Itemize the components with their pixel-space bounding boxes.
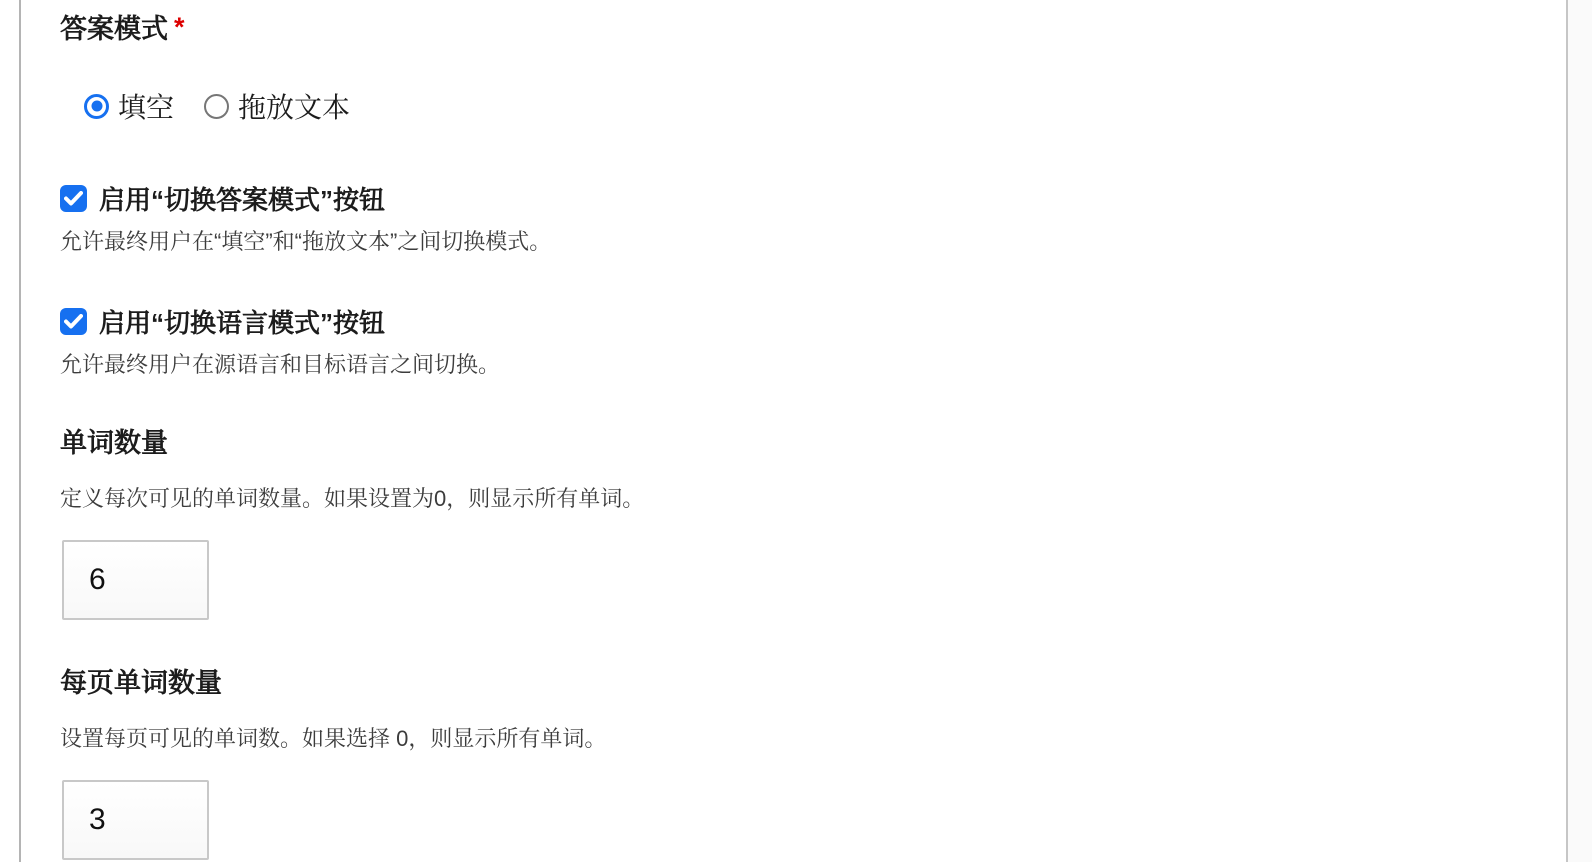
radio-unselected-icon[interactable] bbox=[204, 94, 229, 119]
settings-form-panel: 答案模式* 填空 拖放文本 启用“切换答案模式”按钮 允许最 bbox=[0, 0, 1592, 862]
form-content: 答案模式* 填空 拖放文本 启用“切换答案模式”按钮 允许最 bbox=[60, 8, 1532, 860]
words-per-page-label: 每页单词数量 bbox=[60, 664, 1532, 702]
radio-option-drag-text[interactable]: 拖放文本 bbox=[204, 86, 350, 126]
toggle-answer-mode-row[interactable]: 启用“切换答案模式”按钮 bbox=[60, 180, 1532, 217]
radio-option-fill-blanks[interactable]: 填空 bbox=[84, 86, 174, 126]
toggle-language-mode-description: 允许最终用户在源语言和目标语言之间切换。 bbox=[60, 350, 1532, 380]
radio-option-fill-blanks-label[interactable]: 填空 bbox=[118, 86, 174, 126]
radio-option-drag-text-label[interactable]: 拖放文本 bbox=[238, 86, 350, 126]
toggle-answer-mode-block: 启用“切换答案模式”按钮 允许最终用户在“填空”和“拖放文本”之间切换模式。 bbox=[60, 180, 1532, 257]
answer-mode-label-text: 答案模式 bbox=[60, 14, 168, 44]
checkbox-checked-icon[interactable] bbox=[60, 308, 87, 335]
toggle-answer-mode-label[interactable]: 启用“切换答案模式”按钮 bbox=[99, 180, 385, 217]
answer-mode-label: 答案模式* bbox=[60, 8, 1532, 48]
words-per-page-description: 设置每页可见的单词数。如果选择 0，则显示所有单词。 bbox=[60, 724, 1532, 754]
toggle-language-mode-label[interactable]: 启用“切换语言模式”按钮 bbox=[99, 303, 385, 340]
word-count-description: 定义每次可见的单词数量。如果设置为0，则显示所有单词。 bbox=[60, 484, 1532, 514]
answer-mode-radio-group: 填空 拖放文本 bbox=[84, 86, 1532, 126]
scrollbar-track[interactable] bbox=[1566, 0, 1592, 862]
required-asterisk: * bbox=[174, 12, 185, 42]
words-per-page-input[interactable] bbox=[62, 780, 209, 860]
toggle-language-mode-row[interactable]: 启用“切换语言模式”按钮 bbox=[60, 303, 1532, 340]
checkbox-checked-icon[interactable] bbox=[60, 185, 87, 212]
toggle-answer-mode-description: 允许最终用户在“填空”和“拖放文本”之间切换模式。 bbox=[60, 227, 1532, 257]
word-count-label: 单词数量 bbox=[60, 424, 1532, 462]
toggle-language-mode-block: 启用“切换语言模式”按钮 允许最终用户在源语言和目标语言之间切换。 bbox=[60, 303, 1532, 380]
group-left-border bbox=[19, 0, 21, 862]
word-count-input[interactable] bbox=[62, 540, 209, 620]
radio-selected-icon[interactable] bbox=[84, 94, 109, 119]
